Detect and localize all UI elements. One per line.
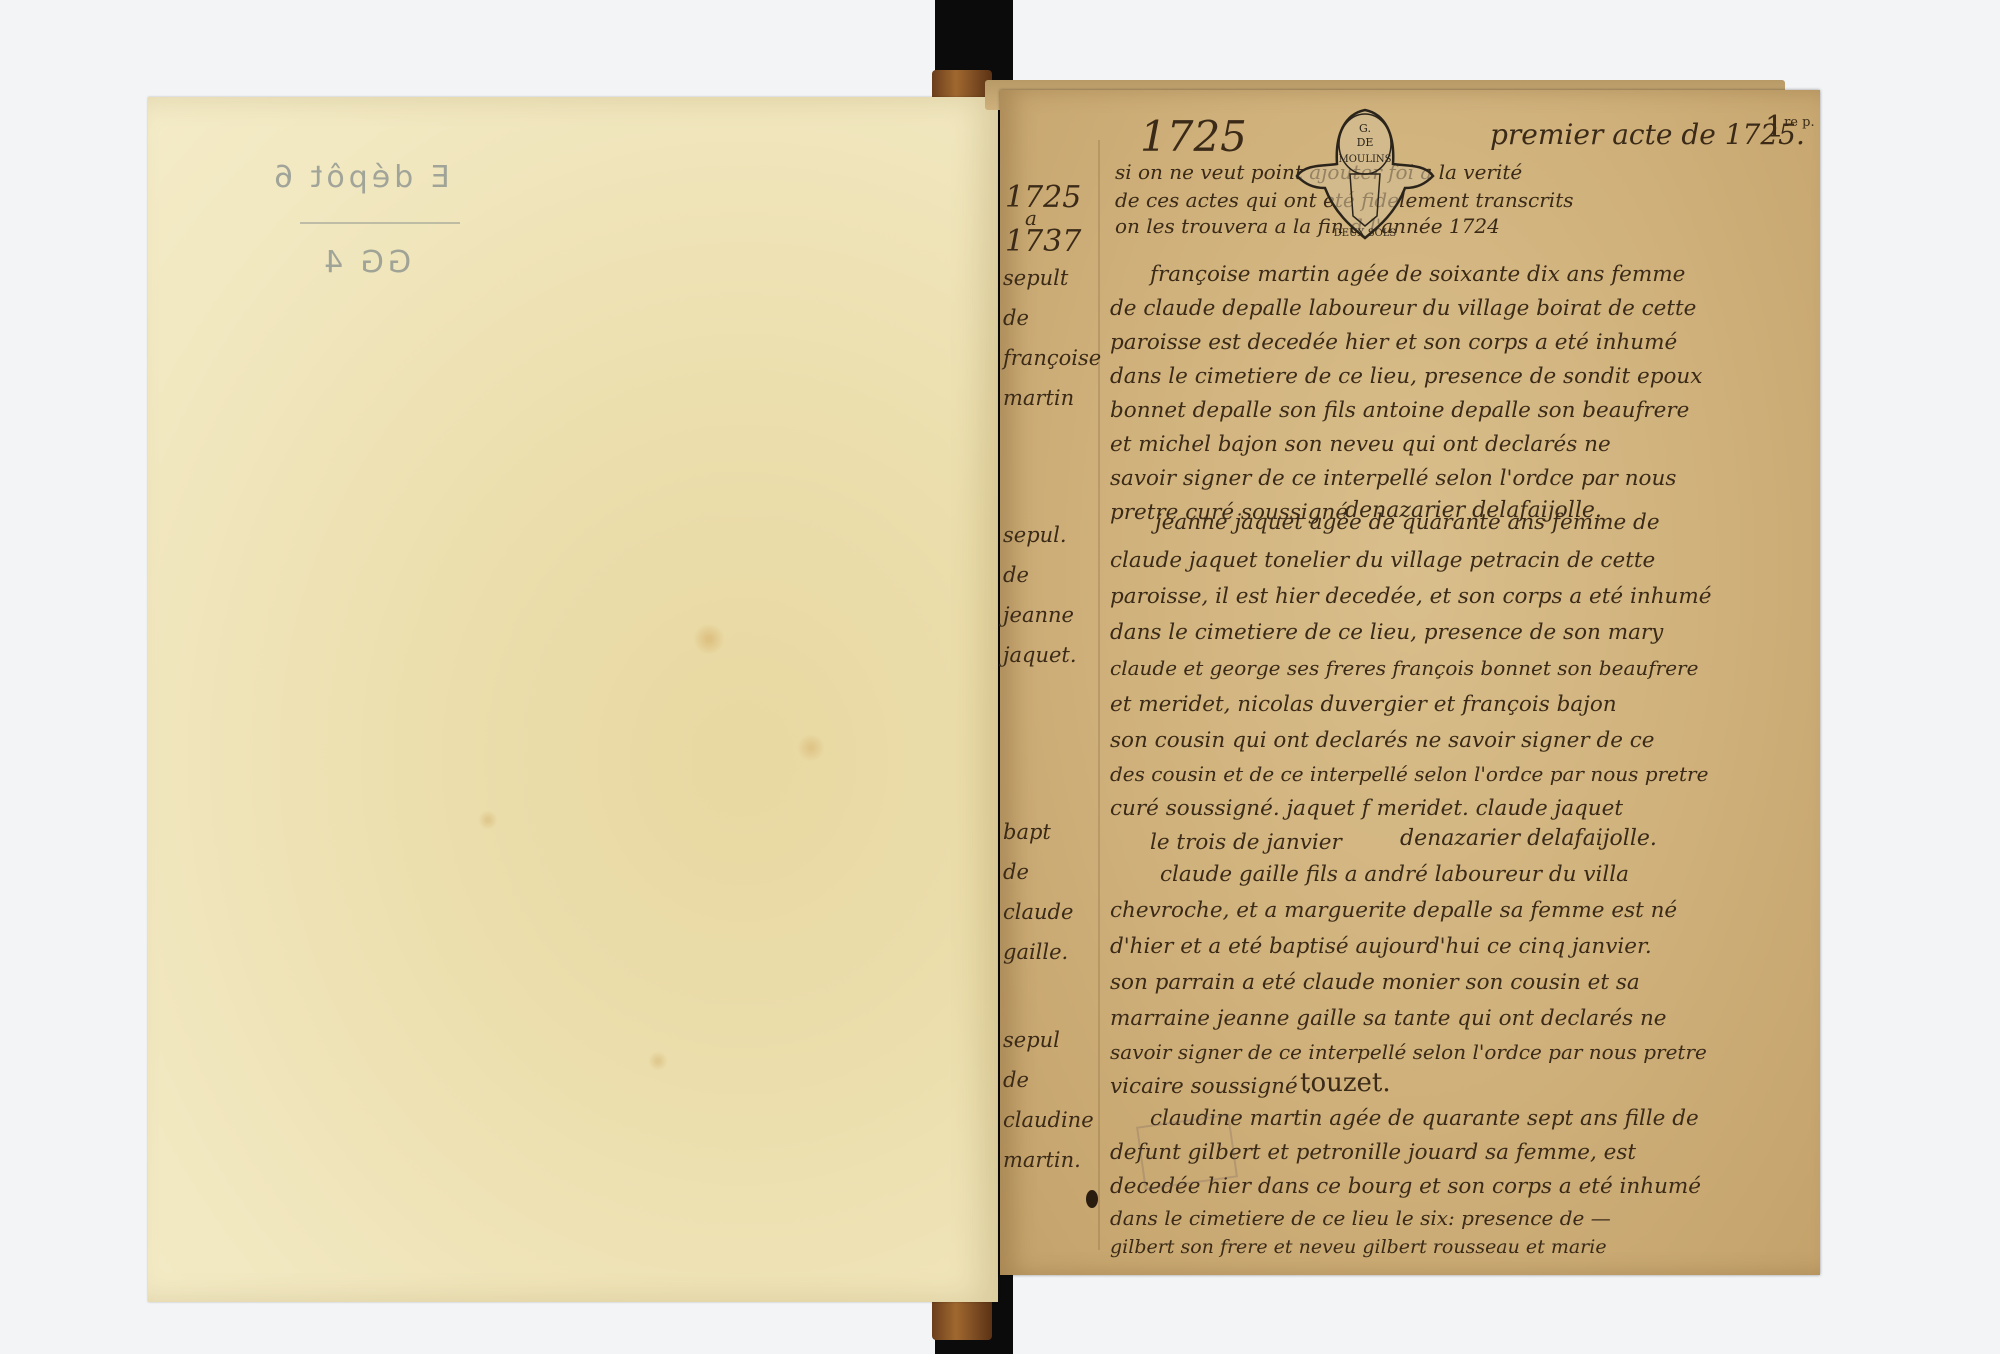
entry-3-line: d'hier et a eté baptisé aujourd'hui ce c… <box>1110 934 1652 959</box>
entry-1-line: bonnet depalle son fils antoine depalle … <box>1110 398 1689 423</box>
entry-2-line: et meridet, nicolas duvergier et françoi… <box>1110 692 1617 717</box>
entry-1-margin-label: sepult de françoise martin <box>1003 258 1095 418</box>
margin-word: claude <box>1003 892 1095 932</box>
entry-2-line: des cousin et de ce interpellé selon l'o… <box>1110 762 1708 786</box>
entry-4-line: gilbert son frere et neveu gilbert rouss… <box>1110 1236 1607 1258</box>
entry-3-line: chevroche, et a marguerite depalle sa fe… <box>1110 898 1677 923</box>
entry-4-line: claudine martin agée de quarante sept an… <box>1150 1106 1699 1131</box>
ink-blot <box>1086 1190 1098 1208</box>
margin-word: sepul. <box>1003 515 1095 555</box>
margin-word: martin. <box>1003 1140 1095 1180</box>
entry-2-date-line: le trois de janvier <box>1150 830 1342 855</box>
margin-word: sepult <box>1003 258 1095 298</box>
entry-2-line: jeanne jaquet agée de quarante ans femme… <box>1155 510 1660 535</box>
header-note-line-2: de ces actes qui ont eté fidelement tran… <box>1115 188 1815 212</box>
margin-range-end: 1737 <box>1005 224 1081 259</box>
entry-4-margin-label: sepul de claudine martin. <box>1003 1020 1095 1180</box>
header-note-line-3: on les trouvera a la fin d l'année 1724 <box>1115 214 1815 238</box>
pencil-rule <box>300 222 460 224</box>
pencil-mark-series: GG 4 <box>320 245 411 280</box>
entry-3-line: claude gaille fils a andré laboureur du … <box>1160 862 1629 887</box>
margin-word: bapt <box>1003 812 1095 852</box>
margin-word: de <box>1003 298 1095 338</box>
svg-text:G.: G. <box>1359 122 1371 135</box>
entry-3-line: vicaire soussigné . <box>1110 1074 1311 1099</box>
entry-1-line: paroisse est decedée hier et son corps a… <box>1110 330 1677 355</box>
header-page-ref: 1re p. <box>1765 110 1815 145</box>
entry-2-line: claude et george ses freres françois bon… <box>1110 656 1698 680</box>
entry-3-line: marraine jeanne gaille sa tante qui ont … <box>1110 1006 1667 1031</box>
entry-2-line: curé soussigné. jaquet f meridet. claude… <box>1110 796 1623 821</box>
entry-1-line: dans le cimetiere de ce lieu, presence d… <box>1110 364 1702 389</box>
entry-1-line: savoir signer de ce interpellé selon l'o… <box>1110 466 1676 491</box>
margin-word: de <box>1003 1060 1095 1100</box>
margin-word: claudine <box>1003 1100 1095 1140</box>
margin-word: de <box>1003 555 1095 595</box>
entry-3-margin-label: bapt de claude gaille. <box>1003 812 1095 972</box>
header-note-line-1: si on ne veut point ajouter foi a la ver… <box>1115 160 1815 184</box>
margin-range-start: 1725 <box>1005 180 1081 215</box>
margin-rule <box>1098 140 1100 1250</box>
entry-3-line: son parrain a eté claude monier son cous… <box>1110 970 1640 995</box>
faded-archive-stamp <box>1136 1114 1238 1190</box>
entry-2-line: dans le cimetiere de ce lieu, presence d… <box>1110 620 1663 645</box>
page-ref-number: 1 <box>1765 110 1784 145</box>
margin-word: sepul <box>1003 1020 1095 1060</box>
entry-3-line: savoir signer de ce interpellé selon l'o… <box>1110 1040 1707 1064</box>
entry-2-signature: denazarier delafaijolle. <box>1400 826 1657 851</box>
margin-word: jeanne <box>1003 595 1095 635</box>
page-ref-suffix: re p. <box>1784 115 1815 130</box>
margin-word: jaquet. <box>1003 635 1095 675</box>
svg-text:DE: DE <box>1357 136 1374 149</box>
entry-1-line: françoise martin agée de soixante dix an… <box>1150 262 1685 287</box>
header-title: premier acte de 1725. <box>1490 118 1805 151</box>
entry-3-signature: touzet. <box>1300 1068 1391 1098</box>
entry-2-line: claude jaquet tonelier du village petrac… <box>1110 548 1655 573</box>
margin-word: martin <box>1003 378 1095 418</box>
entry-2-margin-label: sepul. de jeanne jaquet. <box>1003 515 1095 675</box>
entry-2-line: paroisse, il est hier decedée, et son co… <box>1110 584 1712 609</box>
entry-4-line: dans le cimetiere de ce lieu le six: pre… <box>1110 1206 1611 1230</box>
margin-word: de <box>1003 852 1095 892</box>
entry-2-line: son cousin qui ont declarés ne savoir si… <box>1110 728 1655 753</box>
svg-text:DEUX SOLS: DEUX SOLS <box>1334 228 1397 239</box>
svg-text:MOULINS: MOULINS <box>1338 154 1391 165</box>
entry-1-line: et michel bajon son neveu qui ont declar… <box>1110 432 1611 457</box>
margin-word: gaille. <box>1003 932 1095 972</box>
entry-1-line: de claude depalle laboureur du village b… <box>1110 296 1696 321</box>
header-year: 1725 <box>1140 112 1247 161</box>
pencil-mark-archive-code: E dépôt 6 <box>270 160 450 195</box>
margin-word: françoise <box>1003 338 1095 378</box>
tax-stamp-seal-icon: G. DE MOULINS DEUX SOLS <box>1265 104 1465 244</box>
left-page <box>148 97 998 1302</box>
